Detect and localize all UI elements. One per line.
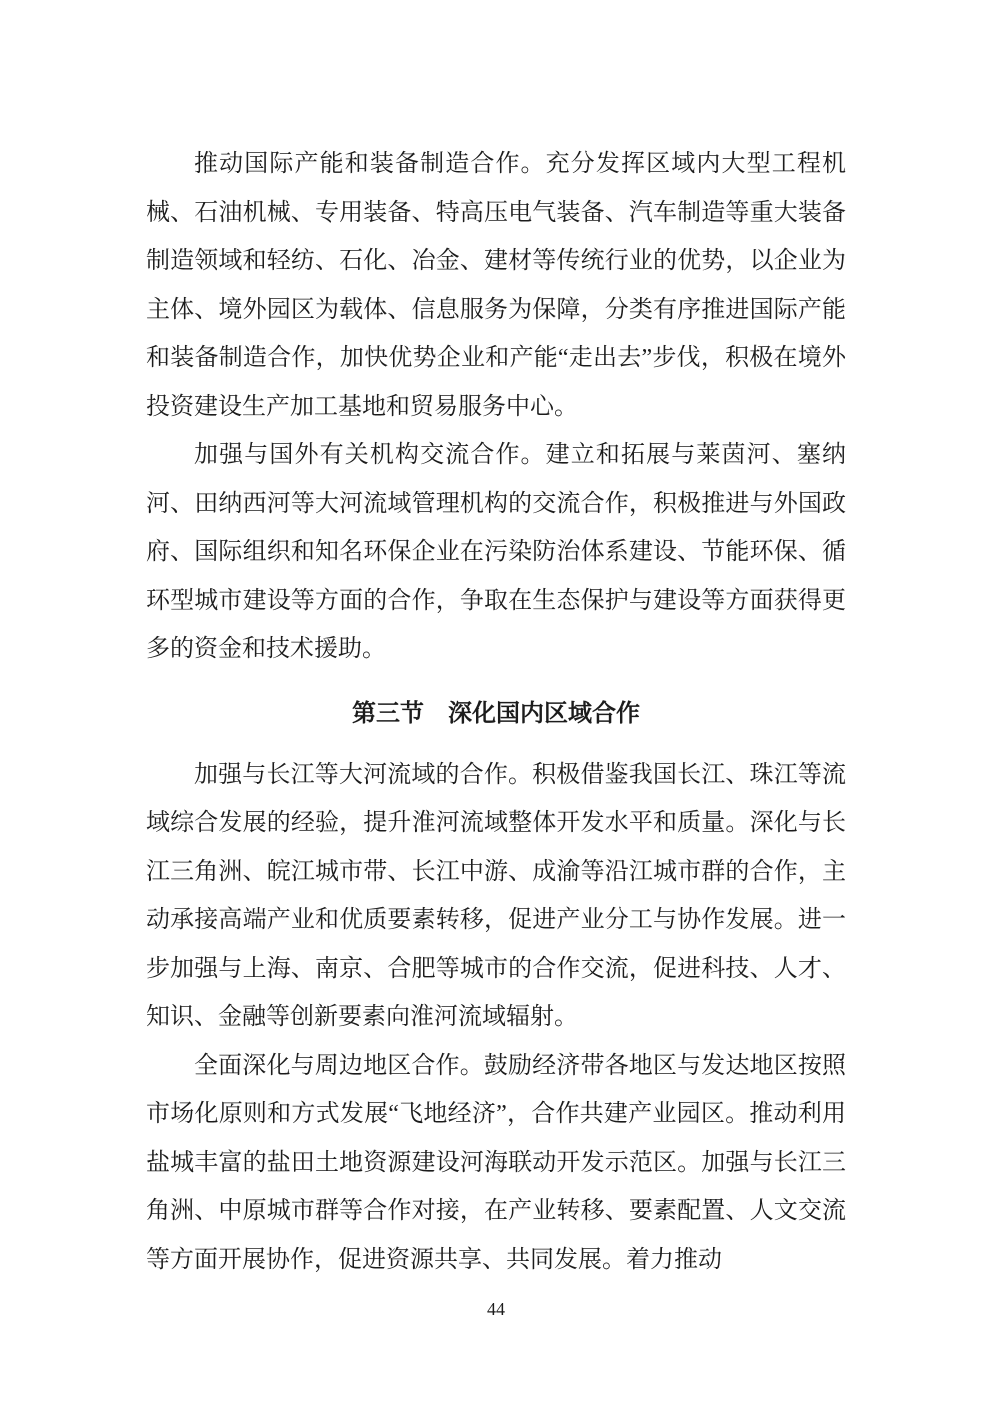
document-page: 推动国际产能和装备制造合作。充分发挥区域内大型工程机械、石油机械、专用装备、特高… xyxy=(0,0,992,1403)
paragraph-neighboring-region-cooperation: 全面深化与周边地区合作。鼓励经济带各地区与发达地区按照市场化原则和方式发展“飞地… xyxy=(146,1042,846,1285)
paragraph-yangtze-river-cooperation: 加强与长江等大河流域的合作。积极借鉴我国长江、珠江等流域综合发展的经验，提升淮河… xyxy=(146,751,846,1042)
page-number: 44 xyxy=(0,1296,992,1322)
paragraph-international-capacity-cooperation: 推动国际产能和装备制造合作。充分发挥区域内大型工程机械、石油机械、专用装备、特高… xyxy=(146,140,846,431)
paragraph-foreign-institution-exchange: 加强与国外有关机构交流合作。建立和拓展与莱茵河、塞纳河、田纳西河等大河流域管理机… xyxy=(146,431,846,674)
section-heading: 第三节 深化国内区域合作 xyxy=(146,690,846,738)
